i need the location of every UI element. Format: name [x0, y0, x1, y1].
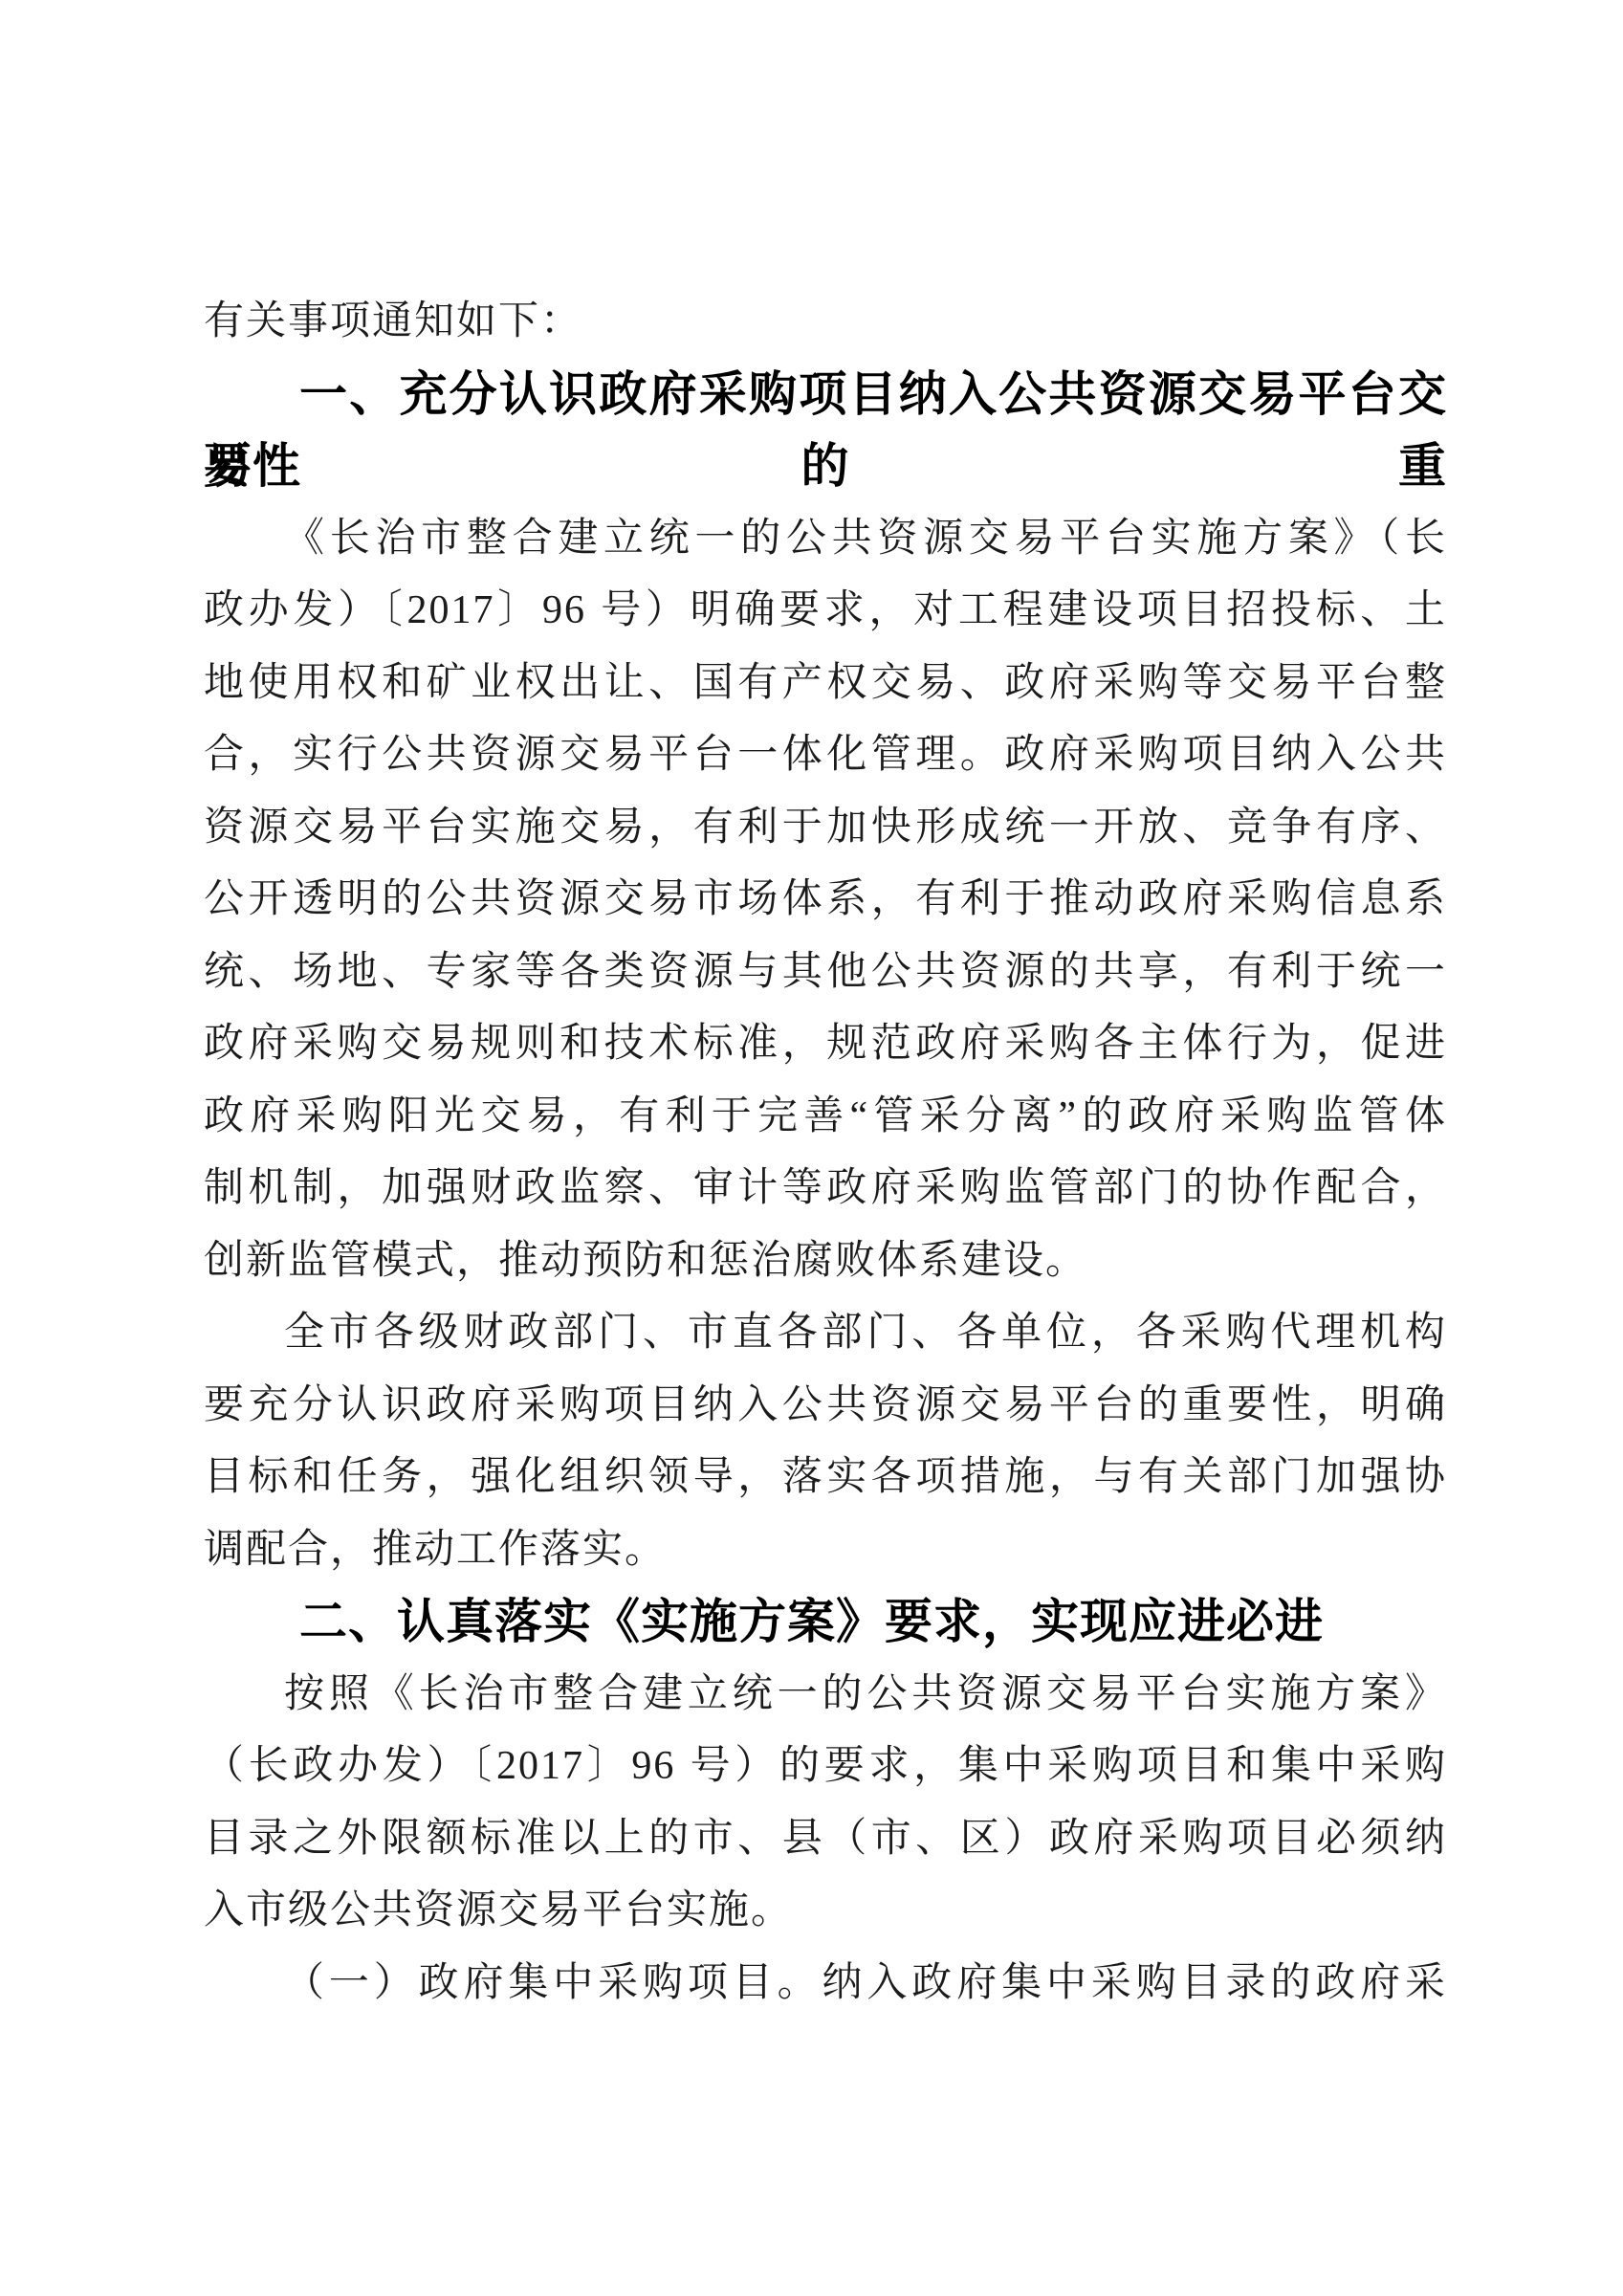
body-text-line: 政府采购交易规则和技术标准，规范政府采购各主体行为，促进 [204, 1008, 1447, 1081]
body-text-line: 目录之外限额标准以上的市、县（市、区）政府采购项目必须纳 [204, 1803, 1447, 1876]
document-text-block: 有关事项通知如下：一、充分认识政府采购项目纳入公共资源交易平台交易的重要性《长治… [204, 286, 1447, 2020]
body-text-line: 政办发）〔2017〕96 号）明确要求，对工程建设项目招投标、土 [204, 575, 1447, 648]
body-text-line: 按照《长治市整合建立统一的公共资源交易平台实施方案》 [204, 1659, 1447, 1732]
body-text-line: 调配合，推动工作落实。 [204, 1514, 1447, 1587]
body-text-line: 统、场地、专家等各类资源与其他公共资源的共享，有利于统一 [204, 937, 1447, 1009]
body-text-line: 合，实行公共资源交易平台一体化管理。政府采购项目纳入公共 [204, 719, 1447, 792]
section-heading-line: 一、充分认识政府采购项目纳入公共资源交易平台交易的重 [204, 359, 1447, 431]
body-text-line: 有关事项通知如下： [204, 286, 1447, 359]
body-text-line: 目标和任务，强化组织领导，落实各项措施，与有关部门加强协 [204, 1442, 1447, 1514]
body-text-line: （一）政府集中采购项目。纳入政府集中采购目录的政府采 [204, 1948, 1447, 2020]
section-heading-line: 二、认真落实《实施方案》要求，实现应进必进 [204, 1586, 1447, 1659]
body-text-line: 要充分认识政府采购项目纳入公共资源交易平台的重要性，明确 [204, 1370, 1447, 1443]
body-text-line: 全市各级财政部门、市直各部门、各单位，各采购代理机构 [204, 1297, 1447, 1370]
body-text-line: 公开透明的公共资源交易市场体系，有利于推动政府采购信息系 [204, 864, 1447, 937]
body-text-line: 创新监管模式，推动预防和惩治腐败体系建设。 [204, 1225, 1447, 1298]
body-text-line: 政府采购阳光交易，有利于完善“管采分离”的政府采购监管体 [204, 1081, 1447, 1154]
body-text-line: 《长治市整合建立统一的公共资源交易平台实施方案》（长 [204, 503, 1447, 576]
body-text-line: 入市级公共资源交易平台实施。 [204, 1875, 1447, 1948]
body-text-line: 地使用权和矿业权出让、国有产权交易、政府采购等交易平台整 [204, 648, 1447, 720]
body-text-line: 资源交易平台实施交易，有利于加快形成统一开放、竞争有序、 [204, 792, 1447, 865]
body-text-line: （长政办发）〔2017〕96 号）的要求，集中采购项目和集中采购 [204, 1731, 1447, 1803]
document-page: 有关事项通知如下：一、充分认识政府采购项目纳入公共资源交易平台交易的重要性《长治… [0, 0, 1623, 2296]
body-text-line: 制机制，加强财政监察、审计等政府采购监管部门的协作配合， [204, 1153, 1447, 1225]
